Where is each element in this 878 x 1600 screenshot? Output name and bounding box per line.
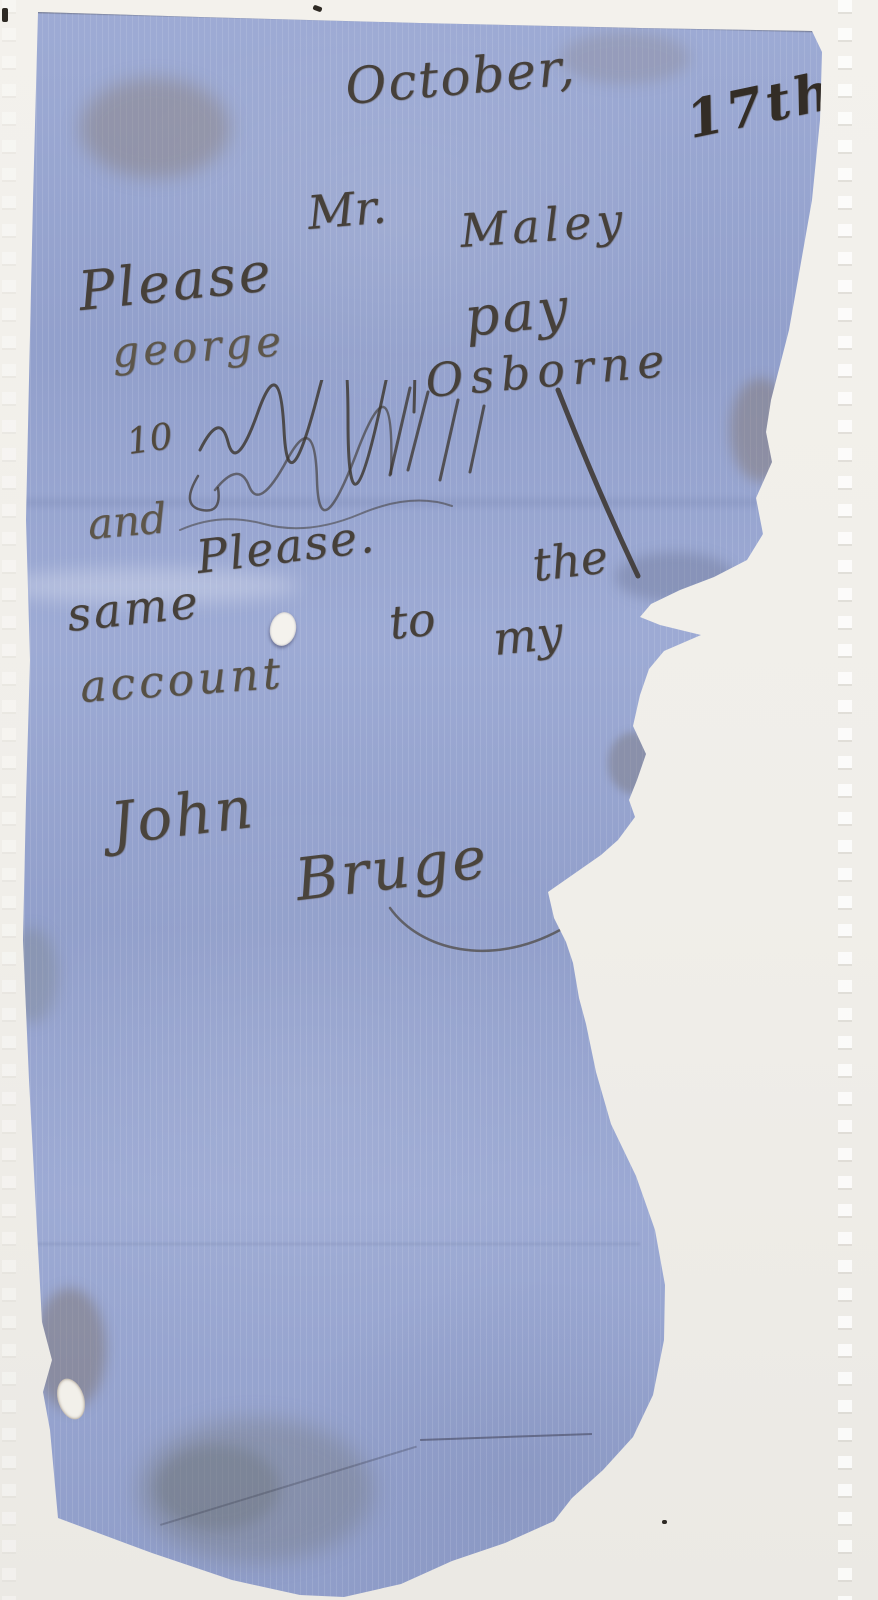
stain [80, 78, 230, 178]
handwriting-date-month: October, [343, 38, 578, 116]
fold-crease-line [420, 1433, 592, 1441]
handwriting-word-please: Please [75, 240, 276, 323]
stain [730, 378, 792, 482]
paper-hole [267, 610, 300, 649]
handwriting-word-george: george [111, 316, 287, 377]
scanner-speck [2, 8, 8, 22]
handwriting-date-day: 17th [681, 60, 841, 151]
handwriting-signature-first: John [107, 773, 259, 858]
stain [155, 1445, 280, 1530]
scanner-bed-background: October, 17th Mr. Maley Please pay georg… [0, 0, 878, 1600]
embossed-perforation-strip-right [838, 0, 852, 1600]
scanner-speck [312, 5, 322, 13]
stain [608, 732, 660, 794]
stain [560, 32, 690, 84]
paper-top-edge-shadow [38, 10, 816, 33]
scanner-speck [662, 1520, 667, 1524]
torn-blue-paper-document: October, 17th Mr. Maley Please pay georg… [0, 0, 878, 1600]
overwritten-scribble [140, 380, 680, 590]
embossed-perforation-strip-left [2, 0, 16, 1600]
handwriting-salutation-name: Maley [458, 192, 629, 258]
crease-line [30, 1243, 640, 1245]
handwriting-salutation-prefix: Mr. [305, 179, 388, 240]
signature-flourish [380, 900, 580, 970]
handwriting-word-to: to [386, 591, 438, 650]
handwriting-word-my: my [490, 605, 565, 666]
handwriting-word-account: account [78, 648, 285, 713]
handwriting-word-pay: pay [461, 275, 573, 349]
